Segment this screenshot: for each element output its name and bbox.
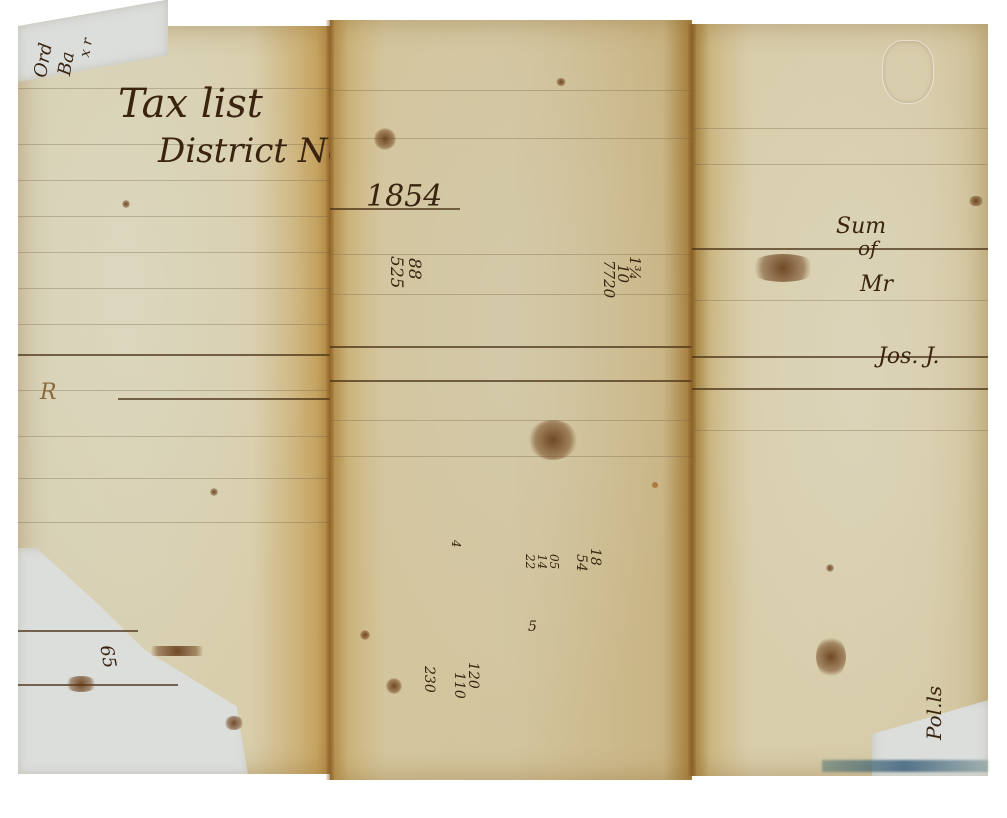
ruled-line-dark [692,388,988,390]
ink-spot [210,488,218,496]
ruled-line [692,300,988,301]
ruled-line [330,294,692,295]
figure-54: 54 [574,554,588,572]
embossed-seal [882,40,934,104]
corner-note-line-2: Ba [56,50,78,77]
ruled-line [18,478,330,479]
figure-88: 88 [405,258,422,280]
stain [826,564,834,572]
flap-note: 65 [96,644,118,670]
ruled-line-dark [692,248,988,250]
figure-4: 4 [450,540,462,548]
ruled-line-dark [118,398,330,400]
left-panel: Ord Ba x r Tax list District No. 7 R 65 [18,26,330,774]
ruled-line-dark [18,630,138,632]
ruled-line-dark [18,684,178,686]
ruled-line [18,436,330,437]
endorsement-of: of [858,238,877,258]
ruled-line [330,420,692,421]
ink-spot [122,200,130,208]
endorsement-name: Jos. J. [878,346,939,368]
ruled-line-dark [692,356,988,358]
figure-5: 5 [528,620,537,634]
stain [224,716,244,730]
stain [142,646,212,656]
stain [360,630,370,640]
figure-230: 230 [422,666,436,693]
endorsement-mr: Mr [860,274,893,296]
corner-note-polls: Pol.ls [924,686,944,740]
ruled-line [18,180,330,181]
stain [528,420,578,460]
figure-18: 18 [588,548,602,566]
fold-crease-left [326,20,334,780]
ruled-line-dark [18,354,330,356]
ruled-line-dark [330,380,692,382]
ink-blot [374,128,396,150]
ruled-line [692,430,988,431]
ruled-line [18,390,330,391]
ruled-line [330,90,692,91]
stain [816,636,846,678]
figure-05: 05 [548,554,560,569]
stain [556,78,566,86]
ruled-line [18,252,330,253]
corner-note-line-3: x r [78,37,95,58]
ruled-line [692,128,988,129]
ruled-line [18,522,330,523]
stain [748,254,818,282]
figure-120: 120 [466,662,480,689]
stain [386,678,402,694]
ruled-line [18,288,330,289]
margin-mark: R [40,382,57,404]
right-panel: Sum of Mr Jos. J. Pol.ls [692,24,988,776]
fold-crease-right [688,24,696,776]
figure-525: 525 [387,256,404,288]
ruled-line-dark [330,346,692,348]
ruled-line [330,456,692,457]
ruled-line [330,254,692,255]
ruled-line [692,164,988,165]
stain [968,196,984,206]
blue-ink-stain [822,760,988,772]
middle-panel: 1854 88 525 1¾ 10 7720 4 22 14 05 5 18 5… [330,20,692,780]
document-title: Tax list [118,84,263,124]
stain [64,676,98,692]
torn-flap [18,548,248,774]
figure-7720: 7720 [601,260,616,298]
ruled-line [18,324,330,325]
stain [652,482,658,488]
ruled-line [18,216,330,217]
figure-110: 110 [452,672,466,699]
tax-list-sheet: Ord Ba x r Tax list District No. 7 R 65 … [18,20,988,780]
endorsement-sum: Sum [836,216,886,238]
year: 1854 [366,182,442,212]
